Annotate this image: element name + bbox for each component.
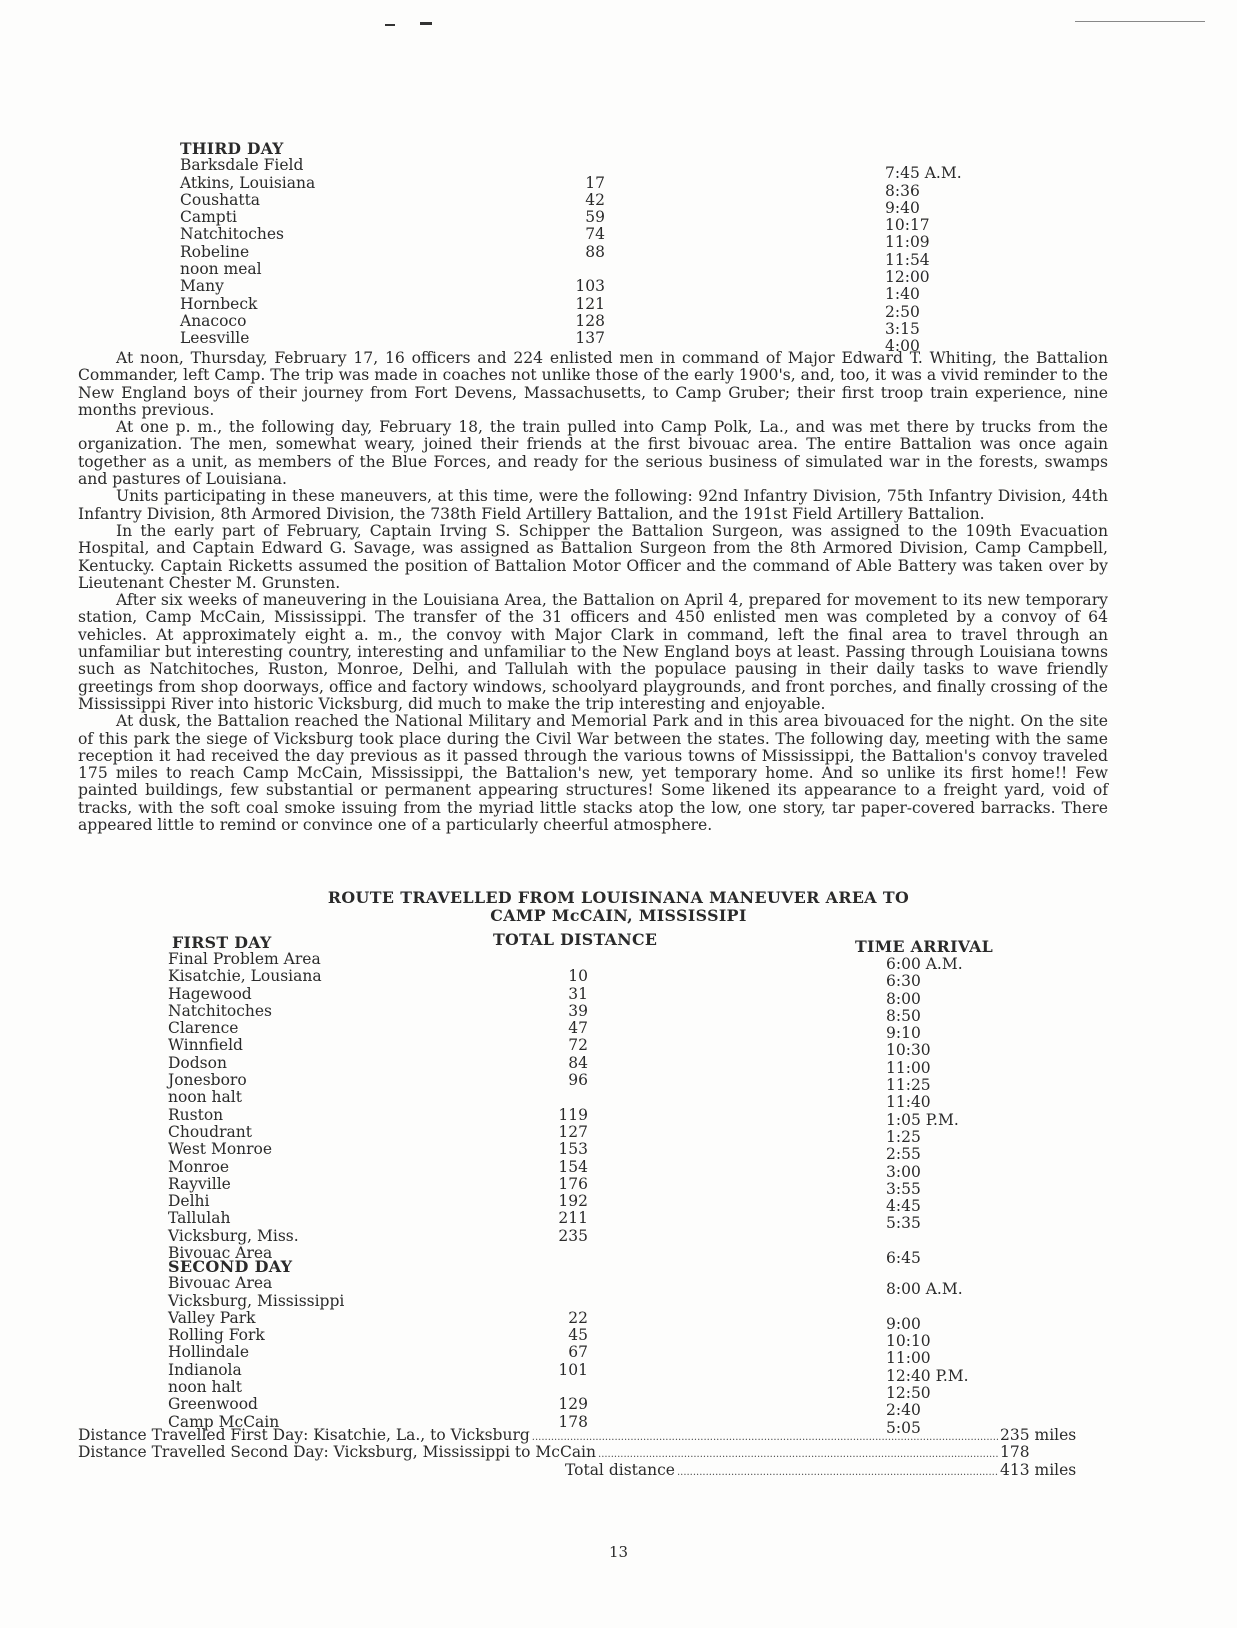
arrival-time: 1:25 bbox=[886, 1129, 921, 1146]
place-name: Robeline bbox=[180, 244, 249, 261]
arrival-time: 12:40 P.M. bbox=[886, 1368, 969, 1385]
distance-value: 235 bbox=[518, 1228, 588, 1245]
place-name: noon halt bbox=[168, 1089, 242, 1106]
place-name: Indianola bbox=[168, 1362, 242, 1379]
arrival-time: 8:00 bbox=[886, 991, 921, 1008]
arrival-time: 8:36 bbox=[885, 183, 920, 200]
distance-value: 84 bbox=[518, 1055, 588, 1072]
route-title-line2: CAMP McCAIN, MISSISSIPI bbox=[0, 906, 1237, 925]
place-name: Monroe bbox=[168, 1159, 229, 1176]
table-row: Atkins, Louisiana178:36 bbox=[180, 175, 284, 192]
table-row: Anacoco1283:15 bbox=[180, 313, 284, 330]
distance-value: 176 bbox=[518, 1176, 588, 1193]
route-title-line1: ROUTE TRAVELLED FROM LOUISINANA MANEUVER… bbox=[0, 888, 1237, 907]
distance-value: 72 bbox=[518, 1037, 588, 1054]
summary-value: 235 miles bbox=[1000, 1427, 1078, 1444]
distance-value: 10 bbox=[518, 968, 588, 985]
place-name: West Monroe bbox=[168, 1141, 272, 1158]
place-name: Natchitoches bbox=[180, 226, 284, 243]
document-page: THIRD DAY Barksdale Field7:45 A.M.Atkins… bbox=[0, 0, 1237, 1628]
place-name: Vicksburg, Miss. bbox=[168, 1228, 299, 1245]
third-day-heading: THIRD DAY bbox=[180, 140, 284, 157]
place-name: Valley Park bbox=[168, 1310, 256, 1327]
table-row: Hollindale6711:00 bbox=[168, 1344, 292, 1361]
arrival-time: 11:00 bbox=[886, 1060, 931, 1077]
distance-value: 153 bbox=[518, 1141, 588, 1158]
arrival-time: 2:40 bbox=[886, 1402, 921, 1419]
arrival-time: 11:00 bbox=[886, 1350, 931, 1367]
distance-value: 17 bbox=[535, 175, 605, 192]
arrival-time: 11:40 bbox=[886, 1094, 931, 1111]
place-name: Atkins, Louisiana bbox=[180, 175, 315, 192]
distance-value: 137 bbox=[535, 330, 605, 347]
distance-value: 67 bbox=[518, 1344, 588, 1361]
place-name: Many bbox=[180, 278, 224, 295]
scan-artifact bbox=[420, 22, 432, 25]
table-row: Valley Park229:00 bbox=[168, 1310, 292, 1327]
distance-value: 42 bbox=[535, 192, 605, 209]
distance-value: 103 bbox=[535, 278, 605, 295]
second-day-route-table: SECOND DAYBivouac Area8:00 A.M.Vicksburg… bbox=[168, 1258, 292, 1431]
scan-artifact bbox=[385, 24, 395, 26]
paragraph: At one p. m., the following day, Februar… bbox=[78, 419, 1108, 488]
table-row: Coushatta429:40 bbox=[180, 192, 284, 209]
table-row: Leesville1374:00 bbox=[180, 330, 284, 347]
arrival-time: 9:40 bbox=[885, 200, 920, 217]
summary-line: Distance Travelled Second Day: Vicksburg… bbox=[78, 1444, 1078, 1461]
table-row: Many1031:40 bbox=[180, 278, 284, 295]
column-header-total-distance: TOTAL DISTANCE bbox=[493, 930, 657, 949]
place-name: Campti bbox=[180, 209, 237, 226]
table-row: Greenwood1292:40 bbox=[168, 1396, 292, 1413]
arrival-time: 9:00 bbox=[886, 1316, 921, 1333]
distance-value: 127 bbox=[518, 1124, 588, 1141]
distance-value: 47 bbox=[518, 1020, 588, 1037]
distance-value: 59 bbox=[535, 209, 605, 226]
distance-value: 74 bbox=[535, 226, 605, 243]
table-row: Rolling Fork4510:10 bbox=[168, 1327, 292, 1344]
distance-value: 101 bbox=[518, 1362, 588, 1379]
arrival-time: 5:35 bbox=[886, 1215, 921, 1232]
arrival-time: 10:10 bbox=[886, 1333, 931, 1350]
place-name: Vicksburg, Mississippi bbox=[168, 1293, 344, 1310]
paragraph: At noon, Thursday, February 17, 16 offic… bbox=[78, 350, 1108, 419]
table-row: Barksdale Field7:45 A.M. bbox=[180, 157, 284, 174]
arrival-time: 8:50 bbox=[886, 1008, 921, 1025]
summary-label: Total distance bbox=[565, 1462, 675, 1479]
arrival-time: 12:50 bbox=[886, 1385, 931, 1402]
arrival-time: 2:55 bbox=[886, 1146, 921, 1163]
summary-label: Distance Travelled First Day: Kisatchie,… bbox=[78, 1427, 530, 1444]
arrival-time: 12:00 bbox=[885, 269, 930, 286]
distance-value: 45 bbox=[518, 1327, 588, 1344]
arrival-time: 1:05 P.M. bbox=[886, 1112, 959, 1129]
arrival-time: 6:45 bbox=[886, 1250, 921, 1267]
place-name: Coushatta bbox=[180, 192, 260, 209]
summary-value: 413 miles bbox=[1000, 1462, 1078, 1479]
third-day-schedule: THIRD DAY Barksdale Field7:45 A.M.Atkins… bbox=[180, 140, 284, 348]
place-name: Tallulah bbox=[168, 1210, 230, 1227]
distance-value: 121 bbox=[535, 296, 605, 313]
column-header-time-arrival: TIME ARRIVAL bbox=[855, 937, 993, 956]
page-number: 13 bbox=[0, 1543, 1237, 1561]
place-name: Delhi bbox=[168, 1193, 210, 1210]
distance-value: 129 bbox=[518, 1396, 588, 1413]
arrival-time: 11:09 bbox=[885, 234, 930, 251]
arrival-time: 7:45 A.M. bbox=[885, 165, 962, 182]
place-name: Anacoco bbox=[180, 313, 246, 330]
place-name: Greenwood bbox=[168, 1396, 258, 1413]
arrival-time: 4:45 bbox=[886, 1198, 921, 1215]
dot-leader bbox=[598, 1444, 998, 1461]
table-row: Natchitoches7411:09 bbox=[180, 226, 284, 243]
place-name: Leesville bbox=[180, 330, 249, 347]
arrival-time: 3:15 bbox=[885, 321, 920, 338]
place-name: Hagewood bbox=[168, 986, 252, 1003]
arrival-time: 1:40 bbox=[885, 286, 920, 303]
paragraph: In the early part of February, Captain I… bbox=[78, 523, 1108, 592]
distance-value: 88 bbox=[535, 244, 605, 261]
place-name: Final Problem Area bbox=[168, 951, 321, 968]
place-name: Natchitoches bbox=[168, 1003, 272, 1020]
table-row: Campti5910:17 bbox=[180, 209, 284, 226]
place-name: Kisatchie, Lousiana bbox=[168, 968, 322, 985]
table-row: Bivouac Area8:00 A.M. bbox=[168, 1275, 292, 1292]
distance-value: 211 bbox=[518, 1210, 588, 1227]
distance-value: 192 bbox=[518, 1193, 588, 1210]
arrival-time: 3:55 bbox=[886, 1181, 921, 1198]
table-row: noon halt12:50 bbox=[168, 1379, 292, 1396]
paragraph: Units participating in these maneuvers, … bbox=[78, 488, 1108, 523]
distance-value: 154 bbox=[518, 1159, 588, 1176]
arrival-time: 9:10 bbox=[886, 1025, 921, 1042]
table-row: Hornbeck1212:50 bbox=[180, 296, 284, 313]
place-name: Hornbeck bbox=[180, 296, 257, 313]
place-name: Clarence bbox=[168, 1020, 238, 1037]
distance-value: 22 bbox=[518, 1310, 588, 1327]
distance-value: 96 bbox=[518, 1072, 588, 1089]
place-name: Jonesboro bbox=[168, 1072, 247, 1089]
place-name: Barksdale Field bbox=[180, 157, 303, 174]
dot-leader bbox=[532, 1427, 998, 1444]
arrival-time: 6:30 bbox=[886, 973, 921, 990]
place-name: Winnfield bbox=[168, 1037, 243, 1054]
table-row: noon meal12:00 bbox=[180, 261, 284, 278]
summary-line: Total distance413 miles bbox=[78, 1462, 1078, 1479]
second-day-heading: SECOND DAY bbox=[168, 1258, 292, 1275]
place-name: Bivouac Area bbox=[168, 1275, 272, 1292]
distance-value: 31 bbox=[518, 986, 588, 1003]
dot-leader bbox=[677, 1462, 998, 1479]
summary-value: 178 bbox=[1000, 1444, 1078, 1461]
arrival-time: 10:17 bbox=[885, 217, 930, 234]
distance-value: 128 bbox=[535, 313, 605, 330]
arrival-time: 8:00 A.M. bbox=[886, 1281, 963, 1298]
table-row: Indianola10112:40 P.M. bbox=[168, 1362, 292, 1379]
distance-value: 39 bbox=[518, 1003, 588, 1020]
place-name: Dodson bbox=[168, 1055, 227, 1072]
table-row: Robeline8811:54 bbox=[180, 244, 284, 261]
place-name: Ruston bbox=[168, 1107, 223, 1124]
arrival-time: 10:30 bbox=[886, 1042, 931, 1059]
narrative-text: At noon, Thursday, February 17, 16 offic… bbox=[78, 350, 1108, 834]
summary-line: Distance Travelled First Day: Kisatchie,… bbox=[78, 1427, 1078, 1444]
summary-label: Distance Travelled Second Day: Vicksburg… bbox=[78, 1444, 596, 1461]
paragraph: At dusk, the Battalion reached the Natio… bbox=[78, 713, 1108, 834]
arrival-time: 2:50 bbox=[885, 304, 920, 321]
place-name: noon meal bbox=[180, 261, 262, 278]
place-name: noon halt bbox=[168, 1379, 242, 1396]
place-name: Choudrant bbox=[168, 1124, 252, 1141]
distance-value: 119 bbox=[518, 1107, 588, 1124]
place-name: Rolling Fork bbox=[168, 1327, 265, 1344]
arrival-time: 3:00 bbox=[886, 1164, 921, 1181]
arrival-time: 11:54 bbox=[885, 252, 930, 269]
paragraph: After six weeks of maneuvering in the Lo… bbox=[78, 592, 1108, 713]
distance-summary: Distance Travelled First Day: Kisatchie,… bbox=[78, 1427, 1078, 1479]
scan-artifact bbox=[1075, 21, 1205, 22]
place-name: Rayville bbox=[168, 1176, 231, 1193]
arrival-time: 6:00 A.M. bbox=[886, 956, 963, 973]
place-name: Hollindale bbox=[168, 1344, 249, 1361]
table-row: Vicksburg, Mississippi bbox=[168, 1293, 292, 1310]
arrival-time: 11:25 bbox=[886, 1077, 931, 1094]
